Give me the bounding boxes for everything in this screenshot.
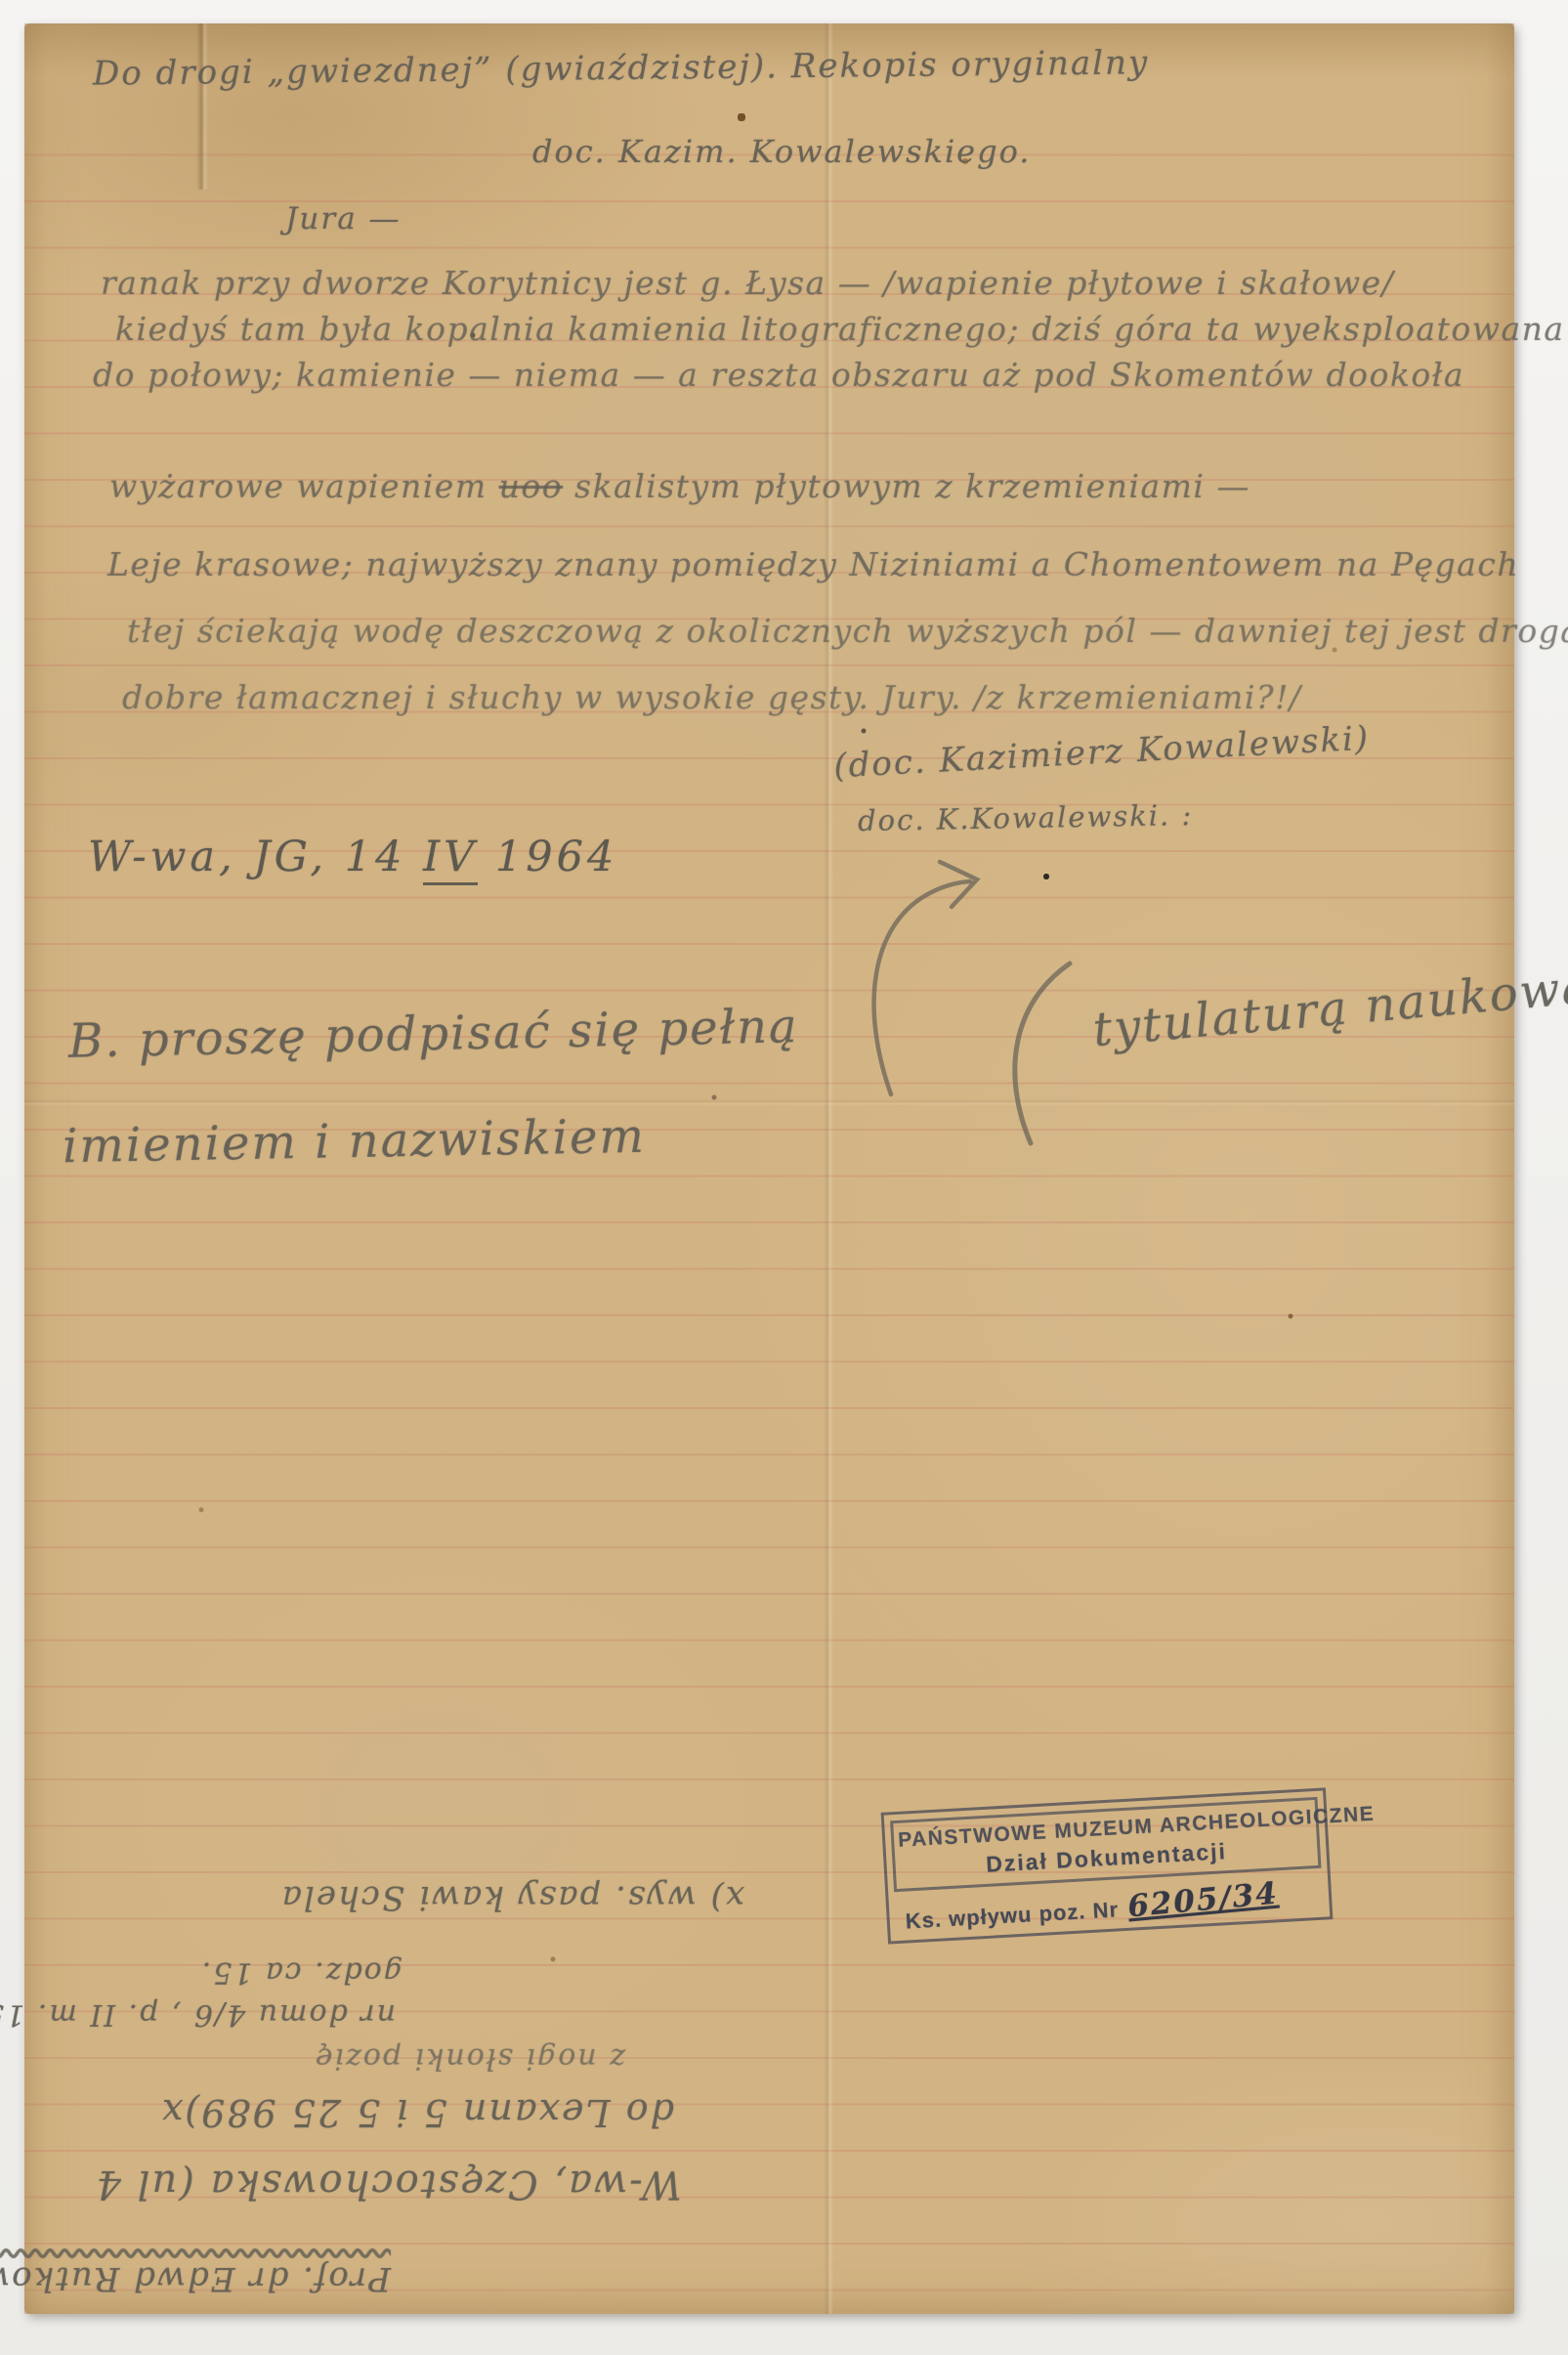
body-line-4: wyżarowe wapieniem uoo skalistym płytowy… — [109, 467, 1250, 505]
date-line: W-wa, JG, 14 IV 1964 — [88, 833, 617, 881]
horizontal-crease — [24, 1098, 1514, 1106]
body-line-5: Leje krasowe; najwyższy znany pomiędzy N… — [107, 545, 1519, 583]
body-line-3: do połowy; kamienie — niema — a reszta o… — [93, 356, 1464, 394]
inverted-note-phone: do Lexann 5 i 5 25 989)x — [160, 2091, 674, 2134]
postscript-line-2: imieniem i nazwiskiem — [63, 1109, 647, 1174]
heading-line-2: doc. Kazim. Kowalewskiego. — [532, 133, 1031, 170]
body-line-1: ranak przy dworze Korytnicy jest g. Łysa… — [101, 264, 1394, 302]
body-line-7: dobre łamacznej i słuchy w wysokie gęsty… — [122, 678, 1301, 716]
crossed-out-word: uoo — [499, 467, 564, 505]
body-line-2: kiedyś tam była kopalnia kamienia litogr… — [115, 310, 1565, 348]
stamp-entry-number: 6205/34 — [1126, 1876, 1280, 1925]
signature-line-2: doc. K.Kowalewski. : — [858, 798, 1194, 837]
body-line-4-post: skalistym płytowym z krzemieniami — — [563, 467, 1250, 505]
scanned-document: Do drogi „gwiezdnej” (gwiaździstej). Rek… — [0, 0, 1568, 2355]
inverted-note-name: Prof. dr Edwd Rutkowski: — [0, 2259, 391, 2298]
inverted-note-house: nr domu 4/6 , p. II m. 15 — [0, 1997, 396, 2032]
inverted-note-fragment: z nogi słonki pozię — [314, 2041, 625, 2076]
salutation: Jura — — [285, 201, 402, 236]
inverted-notes-block: Prof. dr Edwd Rutkowski: W-wa, Częstocho… — [54, 1847, 791, 2306]
body-line-4-pre: wyżarowe wapieniem — [109, 467, 499, 505]
date-prefix: W-wa, JG, 14 — [88, 833, 423, 881]
museum-stamp: PAŃSTWOWE MUZEUM ARCHEOLOGICZNE Dział Do… — [881, 1787, 1334, 1944]
paper-specks — [24, 23, 26, 25]
inverted-note-address: W-wa, Częstochowska (ul 4 — [95, 2162, 682, 2206]
inverted-note-footnote: x) wys. pasy kawi Schela — [280, 1878, 744, 1917]
date-year: 1964 — [478, 833, 617, 881]
body-line-6: tłej ściekają wodę deszczową z okoliczny… — [127, 612, 1568, 650]
date-roman-month: IV — [423, 833, 478, 885]
inverted-note-time: godz. ca 15. — [200, 1955, 403, 1990]
stamp-entry-label: Ks. wpływu poz. Nr — [905, 1897, 1120, 1934]
top-left-crease — [196, 23, 208, 190]
